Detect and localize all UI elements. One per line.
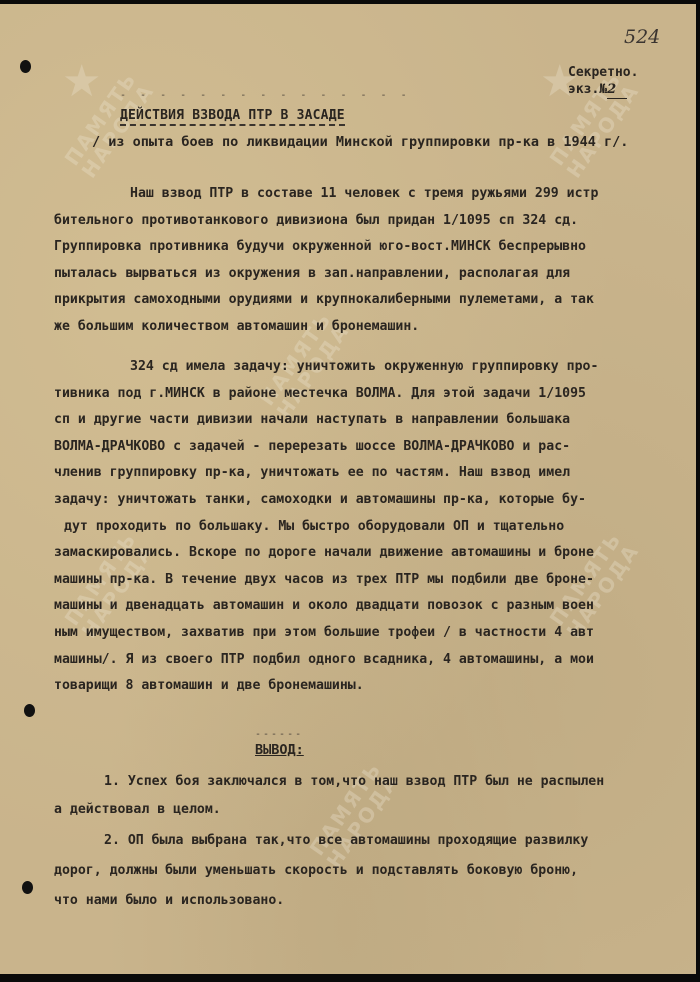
text-line: членив группировку пр-ка, уничтожать ее … <box>54 460 694 487</box>
watermark-star-icon: ★ <box>62 56 101 107</box>
text-line: а действовал в целом. <box>54 796 694 824</box>
title-separator: - - - - - - - - - - - - - - - <box>120 90 411 101</box>
page-number: 524 <box>624 26 660 48</box>
conclusion-point-1: 1. Успех боя заключался в том,что наш вз… <box>54 768 694 824</box>
text-line: замаскировались. Вскоре по дороге начали… <box>54 540 694 567</box>
paragraph-1: Наш взвод ПТР в составе 11 человек с тре… <box>54 181 694 341</box>
conclusion-separator: ------ <box>255 729 303 740</box>
document-title: ДЕЙСТВИЯ ВЗВОДА ПТР В ЗАСАДЕ <box>120 108 345 126</box>
text-line: дут проходить по большаку. Мы быстро обо… <box>54 514 694 541</box>
punch-hole <box>20 60 31 73</box>
classification-label: Секретно. <box>568 64 638 81</box>
text-line: Группировка противника будучи окруженной… <box>54 234 694 261</box>
text-line: Наш взвод ПТР в составе 11 человек с тре… <box>54 181 694 208</box>
text-line: пыталась вырваться из окружения в зап.на… <box>54 261 694 288</box>
conclusion-point-2: 2. ОП была выбрана так,что все автомашин… <box>54 826 694 916</box>
text-line: задачу: уничтожать танки, самоходки и ав… <box>54 487 694 514</box>
document-subtitle: / из опыта боев по ликвидации Минской гр… <box>92 134 628 150</box>
text-line: же большим количеством автомашин и броне… <box>54 314 694 341</box>
document-page: ★ ПАМЯТЬНАРОДА ★ ПАМЯТЬНАРОДА ПАМЯТЬНАРО… <box>0 4 696 974</box>
text-line: 1. Успех боя заключался в том,что наш вз… <box>54 768 694 796</box>
punch-hole <box>24 704 35 717</box>
classification-stamp: Секретно. экз.№2 <box>568 64 638 99</box>
text-line: машины и двенадцать автомашин и около дв… <box>54 593 694 620</box>
text-line: машины пр-ка. В течение двух часов из тр… <box>54 567 694 594</box>
text-line: машины/. Я из своего ПТР подбил одного в… <box>54 647 694 674</box>
copy-prefix: экз.№ <box>568 82 607 97</box>
text-line: 2. ОП была выбрана так,что все автомашин… <box>54 826 694 856</box>
copy-number-line: экз.№2 <box>568 81 638 99</box>
paragraph-2: 324 сд имела задачу: уничтожить окруженн… <box>54 354 694 700</box>
text-line: тивника под г.МИНСК в районе местечка ВО… <box>54 381 694 408</box>
conclusion-heading: ВЫВОД: <box>255 742 304 758</box>
text-line: что нами было и использовано. <box>54 886 694 916</box>
text-line: ным имуществом, захватив при этом больши… <box>54 620 694 647</box>
text-line: товарищи 8 автомашин и две бронемашины. <box>54 673 694 700</box>
text-line: 324 сд имела задачу: уничтожить окруженн… <box>54 354 694 381</box>
text-line: сп и другие части дивизии начали наступа… <box>54 407 694 434</box>
copy-number: 2 <box>607 81 627 99</box>
punch-hole <box>22 881 33 894</box>
text-line: дорог, должны были уменьшать скорость и … <box>54 856 694 886</box>
text-line: ВОЛМА-ДРАЧКОВО с задачей - перерезать шо… <box>54 434 694 461</box>
text-line: бительного противотанкового дивизиона бы… <box>54 208 694 235</box>
text-line: прикрытия самоходными орудиями и крупнок… <box>54 287 694 314</box>
